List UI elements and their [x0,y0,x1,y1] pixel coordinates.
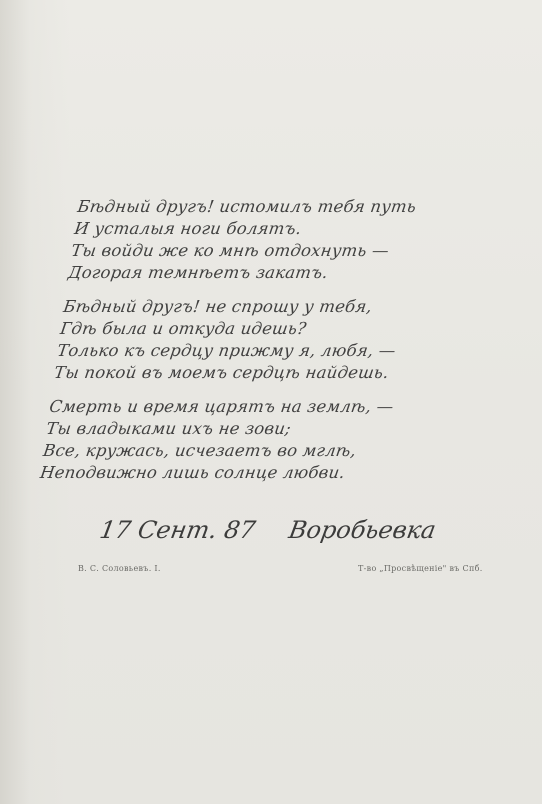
date-and-place: 17 Сент. 87 Воробьевка [98,516,483,544]
poem-line: Смерть и время царятъ на землѣ, — [48,396,491,418]
poem-line: Догорая темнѣетъ закатъ. [67,262,510,284]
poem-line: Ты владыками ихъ не зови; [45,418,488,440]
poem-line: Бѣдный другъ! истомилъ тебя путь [76,196,519,218]
poem-line: И усталыя ноги болятъ. [73,218,516,240]
manuscript-date: 17 Сент. 87 [98,516,258,544]
poem-line: Неподвижно лишь солнце любви. [39,462,482,484]
poem-line: Ты покой въ моемъ сердцѣ найдешь. [53,362,496,384]
poem-line: Бѣдный другъ! не спрошу у тебя, [62,296,505,318]
publisher-caption: Т-во „Просвѣщеніе" въ Спб. [358,564,483,573]
author-caption: В. С. Соловьевъ. I. [78,564,161,573]
poem-line: Все, кружась, исчезаетъ во мглѣ, [42,440,485,462]
stanza-3: Смерть и время царятъ на землѣ, — Ты вла… [39,396,491,484]
poem-line: Гдѣ была и откуда идешь? [59,318,502,340]
manuscript-place: Воробьевка [287,516,438,544]
poem-line: Только къ сердцу прижму я, любя, — [56,340,499,362]
stanza-2: Бѣдный другъ! не спрошу у тебя, Гдѣ была… [53,296,505,384]
scanned-page: Бѣдный другъ! истомилъ тебя путь И устал… [0,0,542,804]
stanza-1: Бѣдный другъ! истомилъ тебя путь И устал… [67,196,519,284]
poem-line: Ты войди же ко мнѣ отдохнуть — [70,240,513,262]
handwritten-poem: Бѣдный другъ! истомилъ тебя путь И устал… [37,196,519,496]
